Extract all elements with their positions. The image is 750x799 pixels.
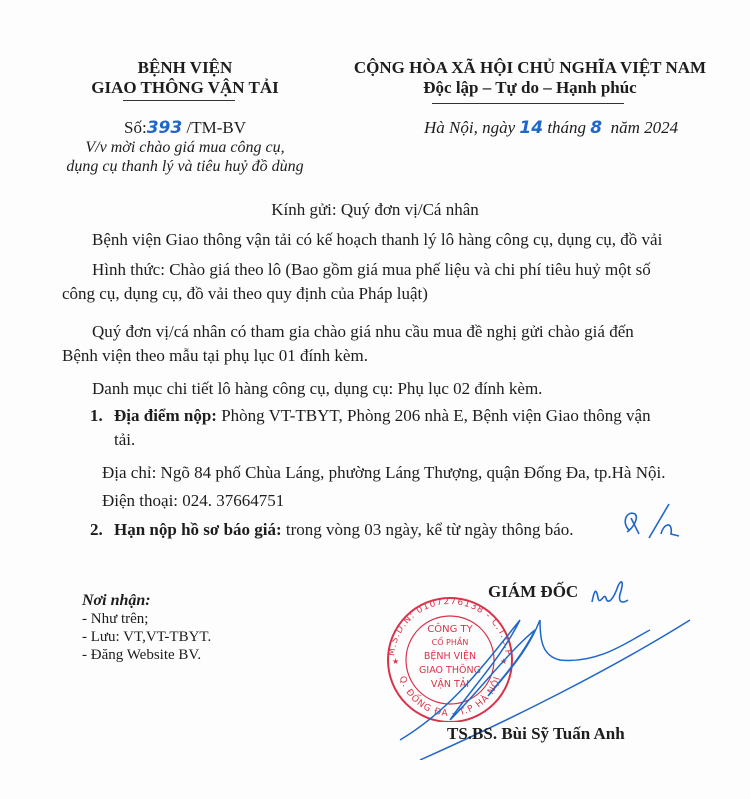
- document-subject: V/v mời chào giá mua công cụ, dụng cụ th…: [50, 138, 320, 176]
- item-text: trong vòng 03 ngày, kể từ ngày thông báo…: [282, 520, 574, 539]
- paragraph-1: Bệnh viện Giao thông vận tải có kế hoạch…: [62, 228, 722, 252]
- paragraph-1-text: Bệnh viện Giao thông vận tải có kế hoạch…: [92, 230, 662, 249]
- recipient-item: - Đăng Website BV.: [82, 646, 211, 664]
- subject-line-1: V/v mời chào giá mua công cụ,: [50, 138, 320, 157]
- paragraph-3-line-1: Quý đơn vị/cá nhân có tham gia chào giá …: [92, 322, 634, 341]
- paragraph-2-line-1: Hình thức: Chào giá theo lô (Bao gồm giá…: [92, 260, 651, 279]
- item-number: 1.: [90, 404, 114, 428]
- paragraph-2-line-2: công cụ, dụng cụ, đồ vải theo quy định c…: [62, 282, 722, 306]
- list-item-submission-location: 1. Địa điểm nộp: Phòng VT-TBYT, Phòng 20…: [90, 404, 730, 452]
- org-line-2: GIAO THÔNG VẬN TẢI: [60, 78, 310, 98]
- handwritten-day: 14: [519, 118, 543, 138]
- recipients-block: Nơi nhận: - Như trên; - Lưu: VT,VT-TBYT.…: [82, 592, 211, 664]
- recipient-item: - Lưu: VT,VT-TBYT.: [82, 628, 211, 646]
- handwritten-number: 393: [147, 118, 183, 138]
- org-line-1: BỆNH VIỆN: [60, 58, 310, 78]
- salutation: Kính gửi: Quý đơn vị/Cá nhân: [0, 200, 750, 220]
- signatory-title: GIÁM ĐỐC: [488, 582, 578, 602]
- address-line: Địa chỉ: Ngõ 84 phố Chùa Láng, phường Lá…: [102, 461, 665, 485]
- item-number: 2.: [90, 518, 114, 542]
- item-label: Hạn nộp hồ sơ báo giá:: [114, 520, 282, 539]
- initials-signature-icon: [617, 500, 687, 542]
- date-year: năm 2024: [611, 118, 679, 137]
- recipient-item: - Như trên;: [82, 610, 211, 628]
- motto-underline: [432, 103, 624, 104]
- paragraph-4: Danh mục chi tiết lô hàng công cụ, dụng …: [62, 377, 722, 401]
- paragraph-3-line-2: Bệnh viện theo mẫu tại phụ lục 01 đính k…: [62, 344, 722, 368]
- country-name: CỘNG HÒA XÃ HỘI CHỦ NGHĨA VIỆT NAM: [330, 58, 730, 78]
- item-label: Địa điểm nộp:: [114, 406, 217, 425]
- phone-line: Điện thoại: 024. 37664751: [102, 489, 284, 513]
- national-motto: Độc lập – Tự do – Hạnh phúc: [330, 78, 730, 98]
- handwritten-month: 8: [590, 118, 602, 138]
- number-prefix: Số:: [124, 118, 147, 137]
- item-text-continued: tải.: [114, 428, 730, 452]
- document-number: Số:393 /TM-BV: [60, 118, 310, 138]
- date-place: Hà Nội, ngày: [424, 118, 515, 137]
- paragraph-3: Quý đơn vị/cá nhân có tham gia chào giá …: [62, 320, 722, 368]
- date-month-label: tháng: [547, 118, 586, 137]
- subject-line-2: dụng cụ thanh lý và tiêu huỷ đồ dùng: [50, 157, 320, 176]
- recipients-title: Nơi nhận:: [82, 592, 211, 610]
- org-underline: [123, 100, 235, 101]
- document-date: Hà Nội, ngày 14 tháng 8 năm 2024: [424, 118, 678, 138]
- issuing-organization: BỆNH VIỆN GIAO THÔNG VẬN TẢI: [60, 58, 310, 98]
- paragraph-4-text: Danh mục chi tiết lô hàng công cụ, dụng …: [92, 379, 542, 398]
- item-text: Phòng VT-TBYT, Phòng 206 nhà E, Bệnh việ…: [217, 406, 651, 425]
- number-suffix: /TM-BV: [186, 118, 246, 137]
- paragraph-2: Hình thức: Chào giá theo lô (Bao gồm giá…: [62, 258, 722, 306]
- signatory-name: TS.BS. Bùi Sỹ Tuấn Anh: [447, 724, 625, 744]
- national-header: CỘNG HÒA XÃ HỘI CHỦ NGHĨA VIỆT NAM Độc l…: [330, 58, 730, 98]
